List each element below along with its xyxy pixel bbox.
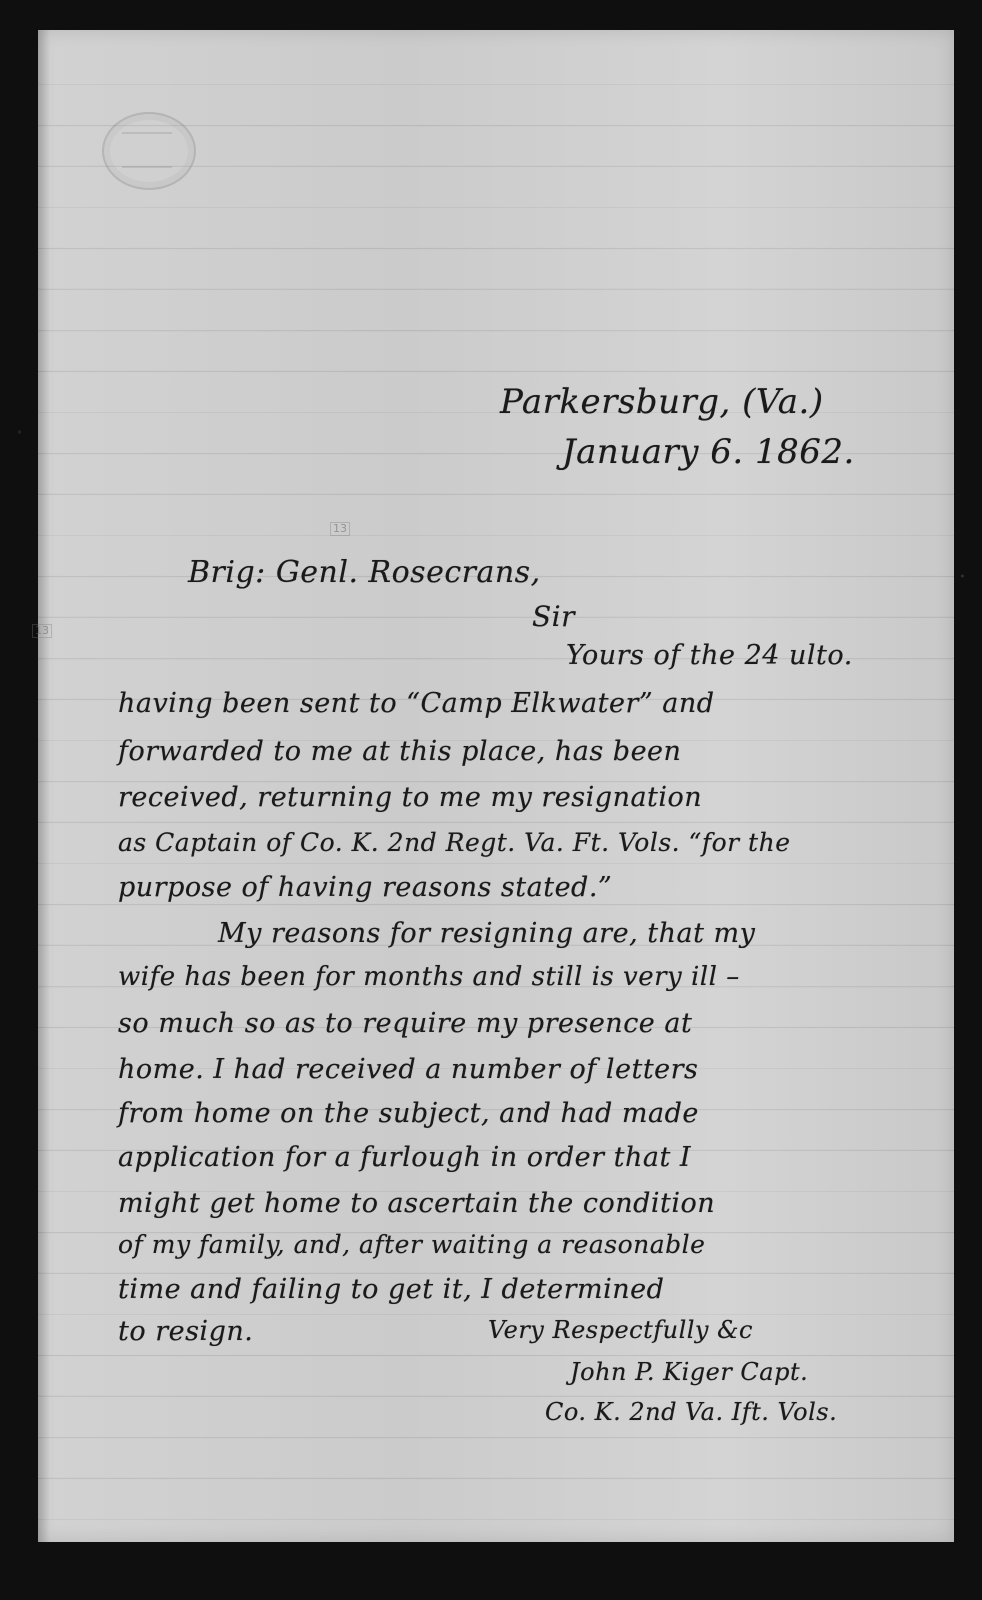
body-line: application for a furlough in order that… bbox=[118, 1142, 691, 1173]
closing: Very Respectfully &c bbox=[488, 1316, 753, 1344]
body-line: forwarded to me at this place, has been bbox=[118, 736, 681, 767]
letter-date: January 6. 1862. bbox=[562, 432, 855, 472]
body-line: having been sent to “Camp Elkwater” and bbox=[118, 688, 715, 719]
body-line: of my family, and, after waiting a reaso… bbox=[118, 1230, 705, 1259]
folio-mark-margin: 13 bbox=[32, 624, 52, 638]
archive-stamp-icon bbox=[102, 112, 196, 190]
body-line: from home on the subject, and had made bbox=[118, 1098, 699, 1129]
body-line: purpose of having reasons stated.” bbox=[118, 872, 612, 903]
stamp-inner-mark bbox=[122, 132, 172, 168]
signature-unit: Co. K. 2nd Va. Ift. Vols. bbox=[545, 1398, 837, 1426]
body-line: home. I had received a number of letters bbox=[118, 1054, 698, 1085]
body-line: received, returning to me my resignation bbox=[118, 782, 702, 813]
body-line: time and failing to get it, I determined bbox=[118, 1274, 664, 1305]
salutation-addressee: Brig: Genl. Rosecrans, bbox=[188, 555, 541, 590]
signature-name: John P. Kiger Capt. bbox=[570, 1358, 808, 1386]
body-line: so much so as to require my presence at bbox=[118, 1008, 692, 1039]
body-line: as Captain of Co. K. 2nd Regt. Va. Ft. V… bbox=[118, 828, 790, 857]
body-line: wife has been for months and still is ve… bbox=[118, 962, 740, 992]
salutation-greeting: Sir bbox=[532, 600, 575, 633]
body-line: to resign. bbox=[118, 1316, 253, 1347]
body-line: My reasons for resigning are, that my bbox=[218, 918, 755, 949]
letter-place: Parkersburg, (Va.) bbox=[500, 382, 824, 422]
folio-mark: 13 bbox=[330, 522, 350, 536]
body-line: Yours of the 24 ulto. bbox=[566, 640, 853, 671]
body-line: might get home to ascertain the conditio… bbox=[118, 1188, 715, 1219]
